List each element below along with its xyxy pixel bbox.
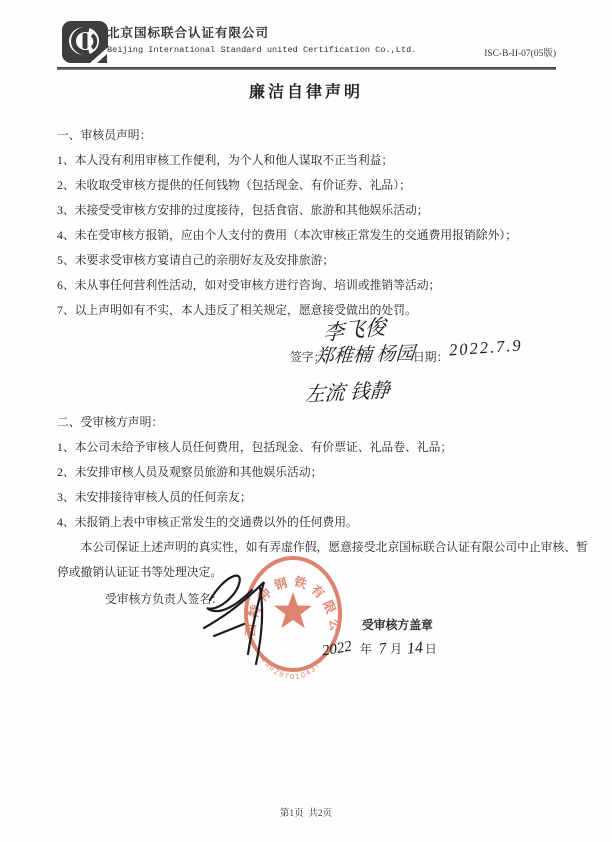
year-label: 年 xyxy=(360,642,372,656)
day-label: 日 xyxy=(425,642,437,656)
company-logo-icon xyxy=(61,20,109,64)
auditor-declaration-section: 一、审核员声明： 1、本人没有利用审核工作便利，为个人和他人谋取不正当利益； 2… xyxy=(57,123,556,323)
auditee-section-heading: 二、受审核方声明： xyxy=(57,410,556,435)
header-rule xyxy=(57,67,556,70)
stamp-label: 受审核方盖章 xyxy=(362,616,433,633)
handwritten-names-bottom: 左流 钱静 xyxy=(304,374,391,408)
document-page: 北京国标联合认证有限公司 Beijing International Stand… xyxy=(0,0,612,842)
page-title: 廉洁自律声明 xyxy=(0,79,612,102)
date-label: 日期： xyxy=(413,348,448,365)
declaration-item: 5、未要求受审核方宴请自己的亲朋好友及安排旅游； xyxy=(57,248,556,273)
doc-code: ISC-B-II-07(05版) xyxy=(484,45,556,59)
month-label: 月 xyxy=(390,642,402,656)
signature-stamp-area: 受审核方负责人签名： 雄西特种钢铁有限公司 1302970104377 xyxy=(0,548,612,718)
declaration-item: 2、未收取受审核方提供的任何钱物（包括现金、有价证券、礼品）； xyxy=(57,173,556,198)
declaration-item: 3、未接受受审核方安排的过度接待，包括食宿、旅游和其他娱乐活动； xyxy=(57,198,556,223)
auditor-section-heading: 一、审核员声明： xyxy=(57,123,556,148)
declaration-item: 1、本公司未给予审核人员任何费用，包括现金、有价票证、礼品卷、礼品； xyxy=(57,435,556,460)
handwritten-month: 7 xyxy=(378,641,387,659)
handwritten-signature-scrawl xyxy=(198,566,313,671)
handwritten-date: 2022.7.9 xyxy=(448,335,523,360)
declaration-item: 6、未从事任何营利性活动，如对受审核方进行咨询、培训或推销等活动； xyxy=(57,273,556,298)
declaration-item: 3、未安排接待审核人员的任何亲友； xyxy=(57,485,556,510)
handwritten-day: 14 xyxy=(406,639,424,658)
declaration-item: 4、未在受审核方报销，应由个人支付的费用（本次审核正常发生的交通费用报销除外）； xyxy=(57,223,556,248)
handwritten-names-mid: 郑稚楠 杨园 xyxy=(314,338,416,369)
handwritten-year: 2022 xyxy=(321,639,353,661)
company-name-cn: 北京国标联合认证有限公司 xyxy=(107,23,269,41)
company-name-en: Beijing International Standard united Ce… xyxy=(107,45,416,55)
declaration-item: 2、未安排审核人员及观察员旅游和其他娱乐活动； xyxy=(57,460,556,485)
page-header: 北京国标联合认证有限公司 Beijing International Stand… xyxy=(57,20,556,68)
declaration-item: 1、本人没有利用审核工作便利，为个人和他人谋取不正当利益； xyxy=(57,148,556,173)
auditee-declaration-section: 二、受审核方声明： 1、本公司未给予审核人员任何费用，包括现金、有价票证、礼品卷… xyxy=(57,410,556,535)
declaration-item: 4、未报销上表中审核正常发生的交通费以外的任何费用。 xyxy=(57,510,556,535)
auditor-signature-block: 李飞俊 签字： 郑稚楠 杨园 日期： 2022.7.9 左流 钱静 xyxy=(57,318,556,413)
stamp-date-row: 2022年 7月 14日 xyxy=(322,640,437,658)
page-footer: 第1页 共2页 xyxy=(0,805,612,819)
